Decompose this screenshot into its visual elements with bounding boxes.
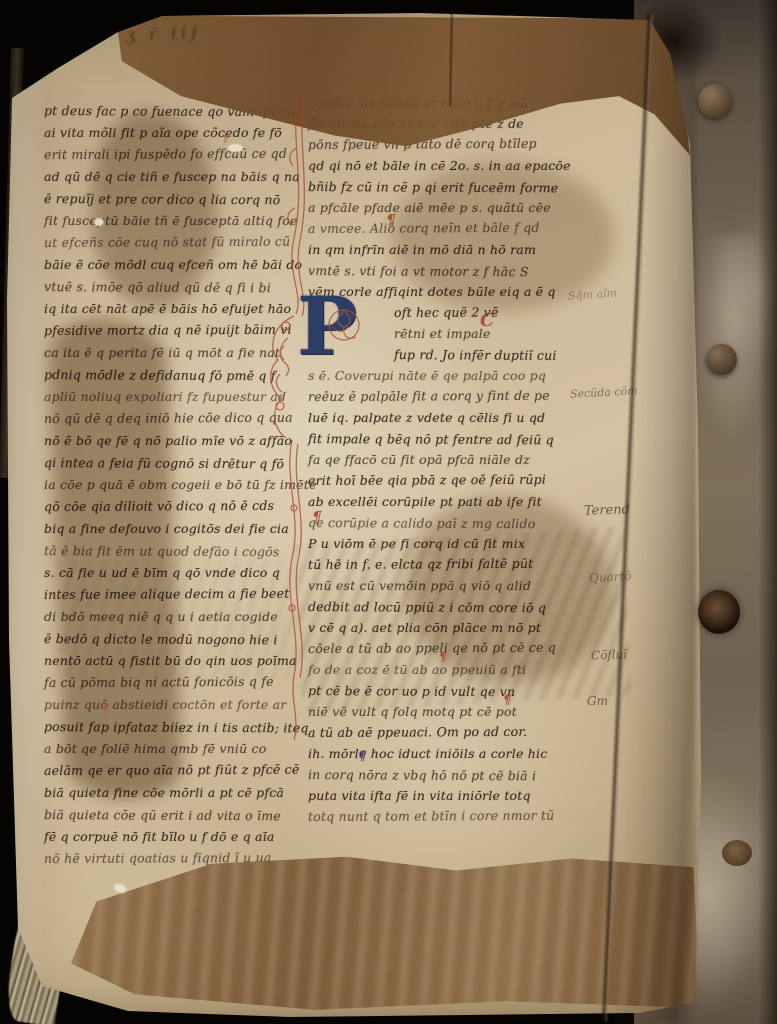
margin-note: Sq̃m aĩm [568, 286, 618, 302]
cover-edge-shadow [758, 0, 777, 1024]
margin-note: Gm [587, 694, 608, 708]
red-paragraph-mark: ¶ [100, 700, 110, 719]
manuscript-text-line: fē q corpuē nō fit bīlo u f dō e q aīa [44, 826, 298, 848]
ink-smudge [58, 560, 296, 678]
manuscript-text-line: luē iq. palpate z vdete q cēlis fi u qd [308, 407, 600, 428]
manuscript-page: pt deus fac p co fuenace qo vam ipi hoīa… [0, 0, 710, 1024]
manuscript-text-line: fup rd. Jo infēr duptiī cui [394, 344, 600, 366]
red-paragraph-mark: ¶ [503, 693, 511, 708]
manuscript-text-line: fa qe ffacō cū fit opā pfcā niāle dz [308, 449, 600, 470]
metal-boss [698, 84, 732, 118]
wood-knot [722, 840, 752, 866]
manuscript-text-line: erit hoī bēe qia pbā z qe oē feiū rūpi [308, 468, 600, 491]
red-paragraph-mark: ¶ [386, 211, 396, 229]
manuscript-text-line: ih. mōrle hoc iduct iniōils a corle hic [308, 743, 600, 764]
faded-top-inscription: ʒ r̃ iij [126, 23, 201, 45]
manuscript-text-line: totq nunt q tom et btīn i core nmor tū [308, 804, 600, 827]
flaked-spot [114, 884, 126, 893]
manuscript-text-line: a tū ab aē ppeuaci. Om po ad cor. [308, 720, 600, 743]
red-paragraph-mark: ¶ [312, 508, 322, 526]
manuscript-photo: pt deus fac p co fuenace qo vam ipi hoīa… [0, 0, 777, 1024]
penwork-flourish-decoration [264, 88, 324, 748]
ink-smudge [294, 527, 632, 712]
damp-stain [48, 316, 183, 800]
manuscript-text-line: in corq nōra z vbq hō nō pt cē biā i [308, 764, 600, 787]
metal-boss [706, 344, 737, 375]
manuscript-text-line: puta vita ifta fē in vita iniōrle totq [308, 785, 600, 806]
manuscript-text-line: fit impale q bēq nō pt fentre ad feiū q [308, 428, 600, 451]
initial-filigree-decoration [322, 303, 366, 347]
blue-section-mark: ¶ [358, 749, 366, 764]
red-rubric-letter: C [480, 310, 494, 331]
manuscript-text-line: rētni et impale [394, 323, 600, 344]
red-paragraph-mark: ¶ [439, 650, 447, 664]
wood-knot-hole [698, 590, 740, 634]
flaked-spot [94, 218, 104, 226]
manuscript-text-line: biā quieta cōe qū erit i ad vita o īme [44, 804, 298, 827]
flaked-spot [228, 144, 243, 152]
manuscript-text-line: reēuz ē palpāle fit a corq y fint de pe [308, 384, 600, 407]
